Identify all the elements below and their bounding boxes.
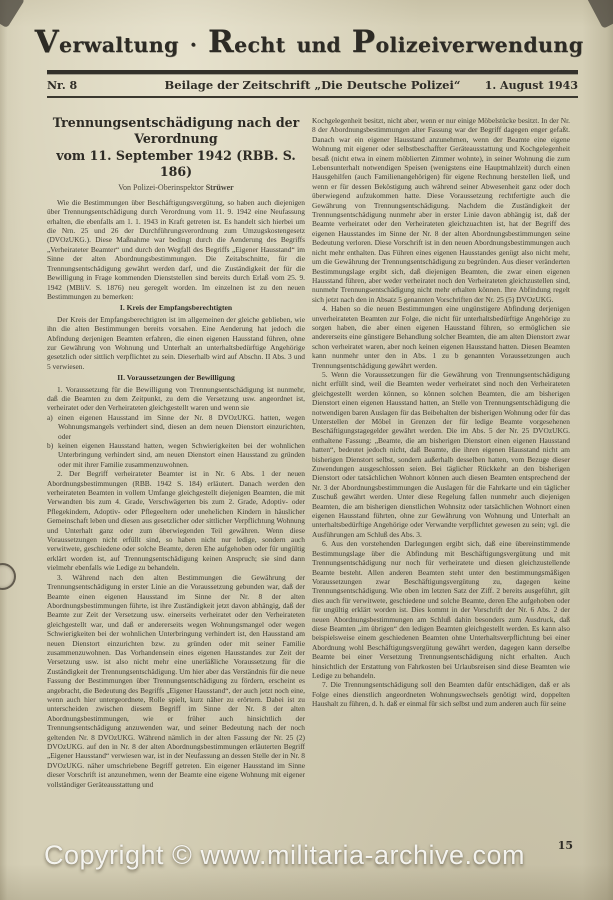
section-heading: I. Kreis der Empfangsberechtigten [47,303,305,312]
byline-prefix: Von Polizei-Oberinspektor [118,183,203,192]
issue-info-row: Nr. 8 Beilage der Zeitschrift „Die Deuts… [47,78,578,92]
document-page: Verwaltung·RechtundPolizeiverwendung Nr.… [0,0,613,900]
masthead-word: Recht [208,24,286,60]
article-byline: Von Polizei-Oberinspektor Strüwer [47,183,305,192]
masthead-divider-thin [47,96,578,98]
paragraph: 5. Wenn die Voraussetzungen für die Gewä… [312,370,570,539]
paragraph: 4. Haben so die neuen Bestimmungen eine … [312,304,570,370]
left-column: Trennungsentschädigung nach der Verordnu… [47,113,305,871]
issue-date: 1. August 1943 [468,79,578,92]
byline-author: Strüwer [206,183,234,192]
article-title: Trennungsentschädigung nach der Verordnu… [47,115,305,180]
journal-masthead-title: Verwaltung·RechtundPolizeiverwendung [40,24,578,60]
section-heading: II. Voraussetzungen der Bewilligung [47,373,305,382]
list-item-text: keinen eigenen Hausstand hatten, wegen S… [58,441,305,469]
list-marker: a) [47,413,58,441]
paragraph: 1. Voraussetzung für die Bewilligung von… [47,385,305,413]
paragraph: Kochgelegenheit besitzt, nicht aber, wen… [312,116,570,304]
masthead-word: und [297,33,341,57]
list-item: a)einen eigenen Hausstand im Sinne der N… [47,413,305,441]
hole-punch-mark [0,563,16,590]
right-column: Kochgelegenheit besitzt, nicht aber, wen… [312,116,570,871]
paragraph: Wie die Bestimmungen über Beschäftigungs… [47,198,305,301]
article-title-line2: vom 11. September 1942 (RBB. S. 186) [47,148,305,181]
left-column-text: Wie die Bestimmungen über Beschäftigungs… [47,198,305,789]
page-number: 15 [558,839,573,852]
masthead-word: Polizeiverwendung [352,24,584,60]
masthead-word: Verwaltung [35,24,179,60]
list-item-text: einen eigenen Hausstand im Sinne der Nr.… [58,413,305,441]
journal-subtitle: Beilage der Zeitschrift „Die Deutsche Po… [157,78,468,92]
paragraph: 3. Während nach den alten Bestimmungen d… [47,573,305,789]
copyright-watermark: Copyright © www.militaria-archive.com [44,840,584,871]
scan-artifact-corner [0,0,25,28]
list-item: b)keinen eigenen Hausstand hatten, wegen… [47,441,305,469]
masthead-divider-thick [47,70,578,74]
paragraph: 2. Der Begriff verheirateter Beamter ist… [47,469,305,572]
paragraph: 7. Die Trennungsentschädigung soll den B… [312,680,570,708]
paragraph: 6. Aus den vorstehenden Darlegungen ergi… [312,539,570,680]
paragraph: Der Kreis der Empfangsberechtigten ist i… [47,315,305,371]
issue-number: Nr. 8 [47,79,157,92]
masthead-word: · [190,33,197,57]
article-title-line1: Trennungsentschädigung nach der Verordnu… [47,115,305,148]
scan-artifact-corner [586,0,613,29]
list-marker: b) [47,441,58,469]
